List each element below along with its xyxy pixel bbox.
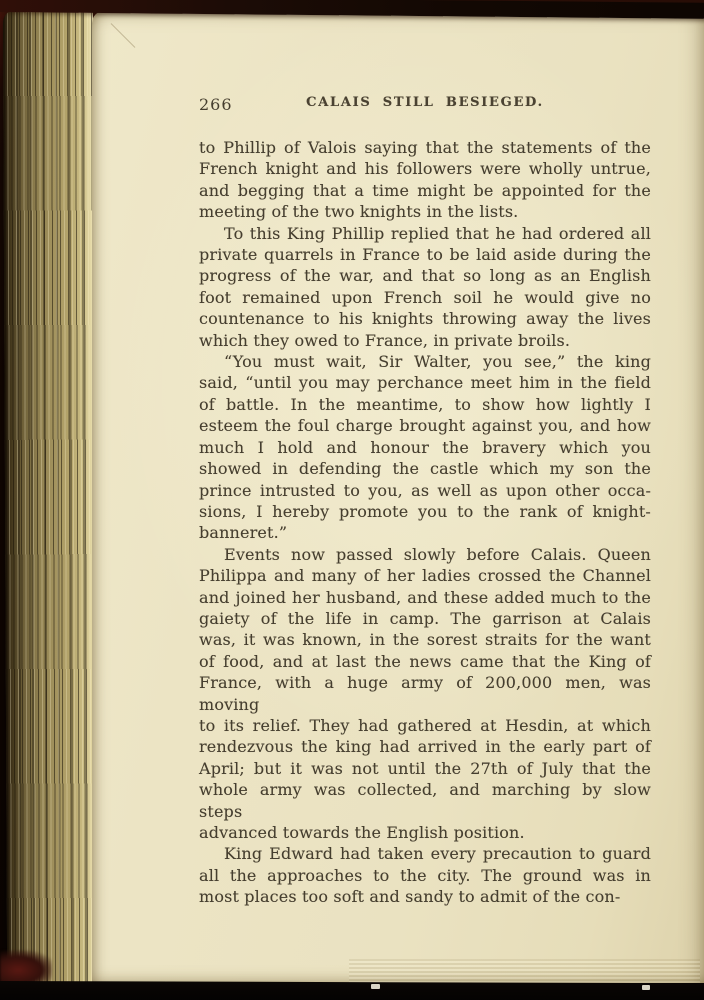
text-line: French knight and his followers were who… bbox=[199, 158, 651, 179]
paragraph: King Edward had taken every precaution t… bbox=[199, 843, 651, 907]
text-line: esteem the foul charge brought against y… bbox=[199, 415, 651, 436]
paragraph: To this King Phillip replied that he had… bbox=[199, 223, 651, 351]
dust-speck bbox=[371, 984, 380, 989]
text-line: to its relief. They had gathered at Hesd… bbox=[199, 715, 651, 736]
text-line: all the approaches to the city. The grou… bbox=[199, 865, 651, 886]
text-line: countenance to his knights throwing away… bbox=[199, 308, 651, 329]
text-line: private quarrels in France to be laid as… bbox=[199, 244, 651, 265]
text-line: King Edward had taken every precaution t… bbox=[199, 843, 651, 864]
page-header: 266 CALAIS STILL BESIEGED. bbox=[199, 95, 651, 115]
book-page: 266 CALAIS STILL BESIEGED. to Phillip of… bbox=[92, 11, 704, 983]
text-line: progress of the war, and that so long as… bbox=[199, 265, 651, 286]
text-line: prince intrusted to you, as well as upon… bbox=[199, 480, 651, 501]
page-number: 266 bbox=[199, 95, 233, 114]
text-line: sions, I hereby promote you to the rank … bbox=[199, 501, 651, 522]
page-bottom-edge bbox=[349, 959, 700, 983]
text-line: and joined her husband, and these added … bbox=[199, 587, 651, 608]
text-line: of food, and at last the news came that … bbox=[199, 651, 651, 672]
text-line: of battle. In the meantime, to show how … bbox=[199, 394, 651, 415]
text-line: foot remained upon French soil he would … bbox=[199, 287, 651, 308]
text-line: whole army was collected, and marching b… bbox=[199, 779, 651, 822]
dust-speck bbox=[642, 985, 650, 990]
page-corner-crease bbox=[111, 23, 136, 48]
text-line: Philippa and many of her ladies crossed … bbox=[199, 565, 651, 586]
text-line: To this King Phillip replied that he had… bbox=[199, 223, 651, 244]
text-line: most places too soft and sandy to admit … bbox=[199, 886, 651, 907]
text-line: rendezvous the king had arrived in the e… bbox=[199, 736, 651, 757]
text-line: showed in defending the castle which my … bbox=[199, 458, 651, 479]
running-header: CALAIS STILL BESIEGED. bbox=[199, 95, 651, 110]
text-line: said, “until you may perchance meet him … bbox=[199, 372, 651, 393]
paragraph: Events now passed slowly before Calais. … bbox=[199, 544, 651, 844]
text-line: advanced towards the English position. bbox=[199, 822, 651, 843]
text-line: gaiety of the life in camp. The garrison… bbox=[199, 608, 651, 629]
text-line: was, it was known, in the sorest straits… bbox=[199, 629, 651, 650]
paragraph: to Phillip of Valois saying that the sta… bbox=[199, 137, 651, 223]
text-line: much I hold and honour the bravery which… bbox=[199, 437, 651, 458]
page-body: to Phillip of Valois saying that the sta… bbox=[199, 137, 651, 908]
text-line: “You must wait, Sir Walter, you see,” th… bbox=[199, 351, 651, 372]
book-page-edges bbox=[3, 9, 97, 985]
text-line: France, with a huge army of 200,000 men,… bbox=[199, 672, 651, 715]
text-line: April; but it was not until the 27th of … bbox=[199, 758, 651, 779]
paragraph: “You must wait, Sir Walter, you see,” th… bbox=[199, 351, 651, 544]
printed-content: 266 CALAIS STILL BESIEGED. to Phillip of… bbox=[199, 95, 651, 908]
text-line: which they owed to France, in private br… bbox=[199, 330, 651, 351]
text-line: to Phillip of Valois saying that the sta… bbox=[199, 137, 651, 158]
text-line: and begging that a time might be appoint… bbox=[199, 180, 651, 201]
text-line: banneret.” bbox=[199, 522, 651, 543]
text-line: meeting of the two knights in the lists. bbox=[199, 201, 651, 222]
text-line: Events now passed slowly before Calais. … bbox=[199, 544, 651, 565]
surround-bottom-band bbox=[0, 981, 704, 1000]
